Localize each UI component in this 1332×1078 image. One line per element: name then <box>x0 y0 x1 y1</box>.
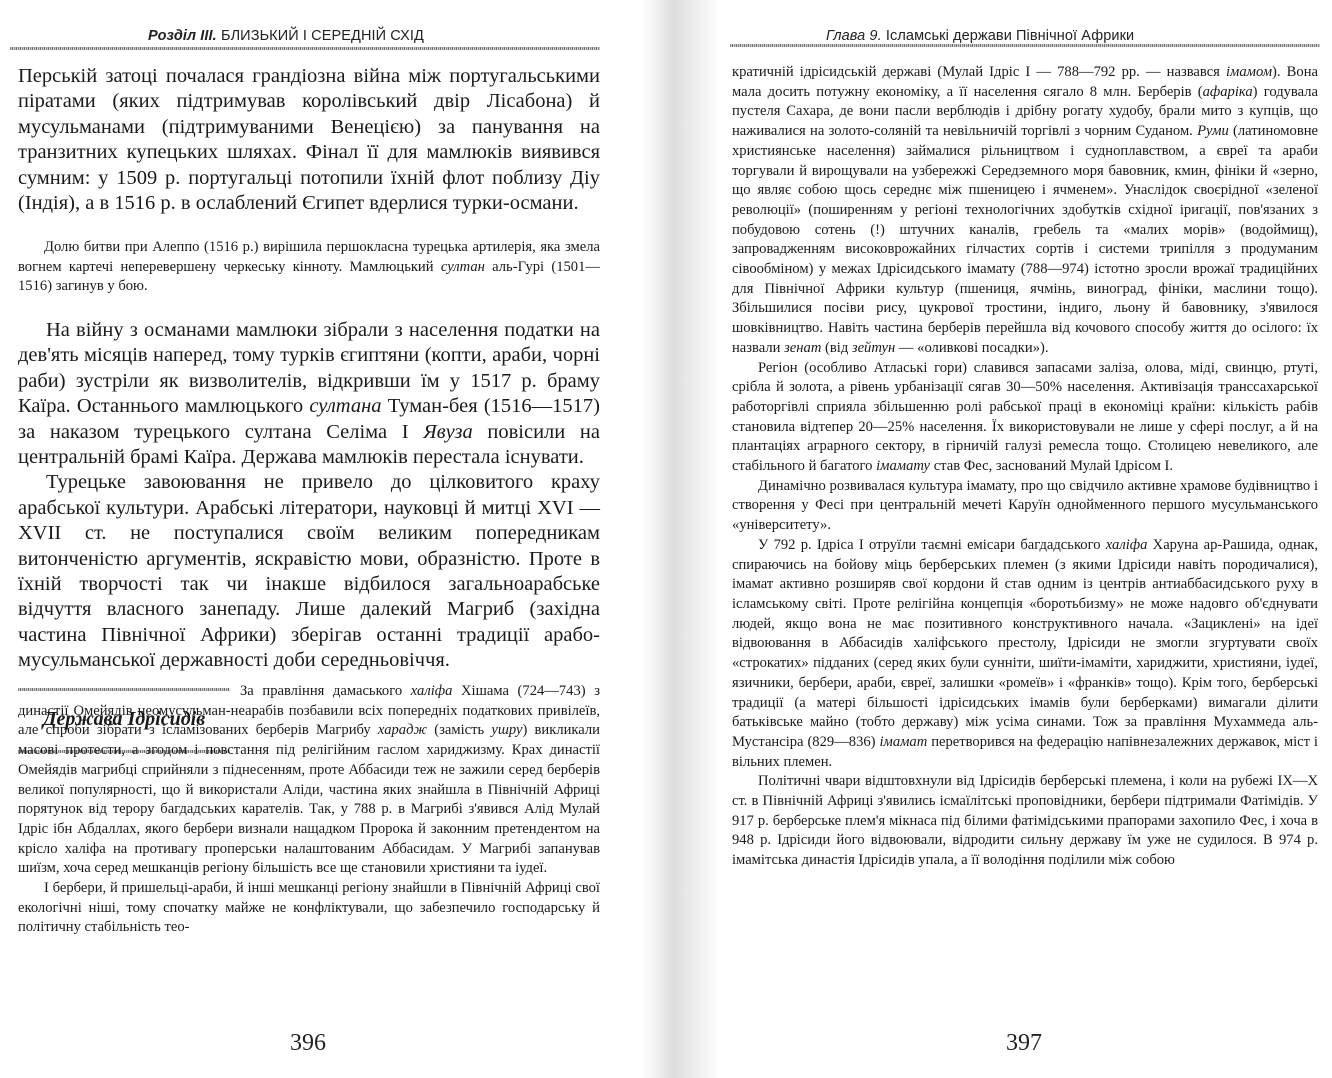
page-number-right: 397 <box>1006 1030 1042 1057</box>
header-rule <box>10 47 600 50</box>
paragraph: Динамічно розвивалася культура імамату, … <box>732 477 1318 536</box>
chapter-title: Ісламські держави Північної Африки <box>886 28 1134 44</box>
right-page: Глава 9. Ісламські держави Північної Афр… <box>666 0 1332 1078</box>
section-label: Розділ III. <box>148 28 217 44</box>
paragraph: Перській затоці почалася грандіозна війн… <box>18 64 600 216</box>
paragraph: Турецьке завоювання не привело до цілков… <box>18 470 600 673</box>
paragraph: За правління дамаського халіфа Хішама (7… <box>18 682 600 879</box>
running-head-left: Розділ III. БЛИЗЬКИЙ І СЕРЕДНІЙ СХІД <box>148 28 424 44</box>
left-body-block-1: Перській затоці почалася грандіозна війн… <box>18 64 600 216</box>
paragraph: У 792 р. Ідріса I отруїли таємні емісари… <box>732 536 1318 772</box>
paragraph: На війну з османами мамлюки зібрали з на… <box>18 318 600 470</box>
section-title: БЛИЗЬКИЙ І СЕРЕДНІЙ СХІД <box>221 28 424 44</box>
paragraph: Регіон (особливо Атлаські гори) славився… <box>732 359 1318 477</box>
paragraph: І бербери, й пришельці-араби, й інші меш… <box>18 879 600 938</box>
right-body: кратичній ідрісидській державі (Мулай Ід… <box>732 63 1318 871</box>
chapter-label: Глава 9. <box>826 28 882 44</box>
page-number-left: 396 <box>290 1030 326 1057</box>
left-section-text: За правління дамаського халіфа Хішама (7… <box>18 682 600 938</box>
left-note-block: Долю битви при Алеппо (1516 р.) вирішила… <box>18 238 600 297</box>
book-spread: Розділ III. БЛИЗЬКИЙ І СЕРЕДНІЙ СХІД Пер… <box>0 0 1332 1078</box>
left-body-block-2: На війну з османами мамлюки зібрали з на… <box>18 318 600 674</box>
paragraph: Політичні чвари відштовхнули від Ідрісид… <box>732 772 1318 871</box>
note-paragraph: Долю битви при Алеппо (1516 р.) вирішила… <box>18 238 600 297</box>
header-rule <box>730 44 1320 47</box>
running-head-right: Глава 9. Ісламські держави Північної Афр… <box>826 28 1134 44</box>
paragraph: кратичній ідрісидській державі (Мулай Ід… <box>732 63 1318 359</box>
left-page: Розділ III. БЛИЗЬКИЙ І СЕРЕДНІЙ СХІД Пер… <box>0 0 640 1078</box>
